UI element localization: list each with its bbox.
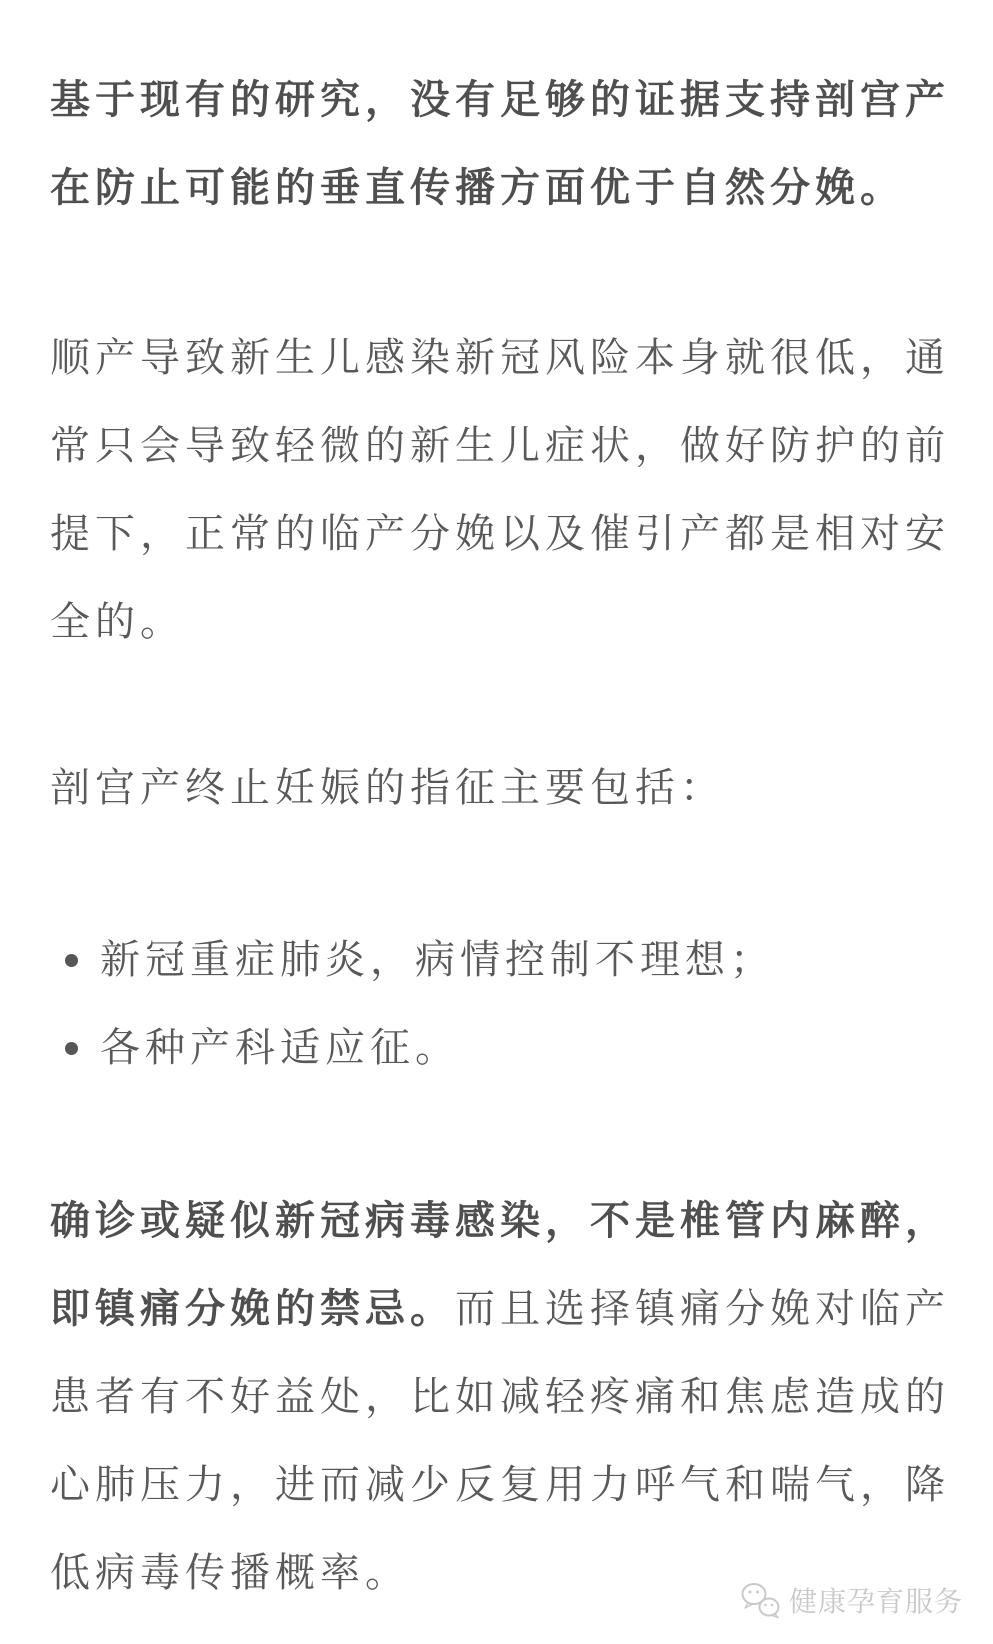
analgesia-regular-text: 而且选择镇痛分娩对临产患者有不好益处，比如减轻疼痛和焦虑造成的心肺压力，进而减少… <box>50 1287 950 1595</box>
paragraph-analgesia: 确诊或疑似新冠病毒感染，不是椎管内麻醉，即镇痛分娩的禁忌。而且选择镇痛分娩对临产… <box>50 1177 955 1617</box>
paragraph-vaginal-delivery-safety: 顺产导致新生儿感染新冠风险本身就很低，通常只会导致轻微的新生儿症状，做好防护的前… <box>50 314 955 666</box>
indications-list: 新冠重症肺炎，病情控制不理想； 各种产科适应征。 <box>50 916 955 1092</box>
heading-no-evidence-cesarean: 基于现有的研究，没有足够的证据支持剖宫产在防止可能的垂直传播方面优于自然分娩。 <box>50 56 955 232</box>
bullet-icon <box>65 1042 78 1055</box>
watermark-label: 健康孕育服务 <box>789 1580 963 1620</box>
paragraph-cesarean-indications-intro: 剖宫产终止妊娠的指征主要包括： <box>50 744 955 832</box>
watermark: 健康孕育服务 <box>739 1580 963 1620</box>
list-item-label: 各种产科适应征。 <box>100 1026 460 1070</box>
bullet-icon <box>65 954 78 967</box>
article-page: 基于现有的研究，没有足够的证据支持剖宫产在防止可能的垂直传播方面优于自然分娩。 … <box>0 0 993 1644</box>
list-item: 新冠重症肺炎，病情控制不理想； <box>50 916 955 1004</box>
list-item-label: 新冠重症肺炎，病情控制不理想； <box>100 938 775 982</box>
list-item: 各种产科适应征。 <box>50 1004 955 1092</box>
wechat-logo-icon <box>739 1581 783 1619</box>
